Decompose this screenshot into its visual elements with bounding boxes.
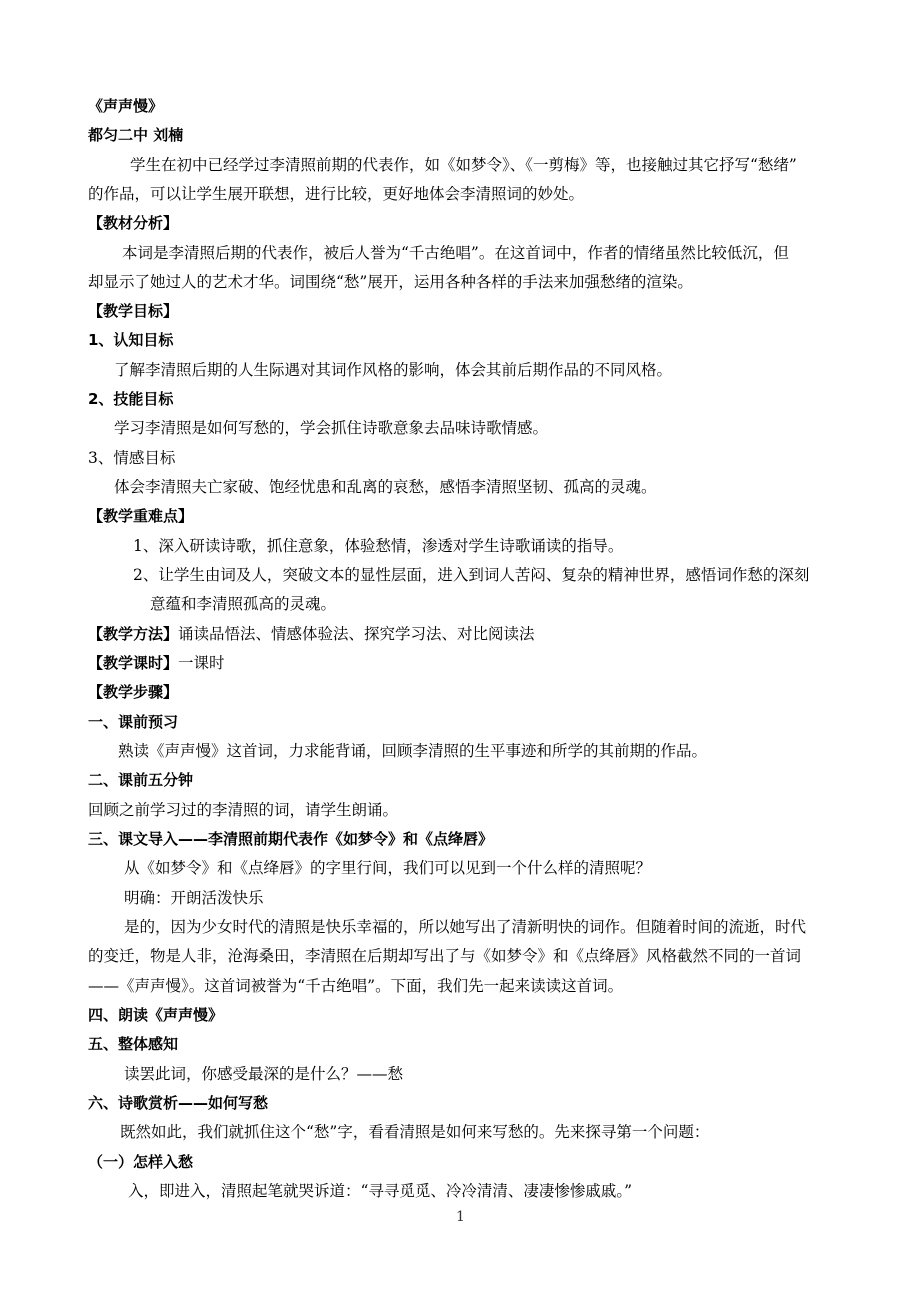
step-4-title: 四、朗读《声声慢》 <box>88 1005 223 1025</box>
heading-steps: 【教学步骤】 <box>88 682 178 702</box>
step-6-title: 六、诗歌赏析——如何写愁 <box>88 1093 268 1113</box>
step-5-line-1: 读罢此词，你感受最深的是什么？——愁 <box>124 1064 403 1084</box>
step-3-line-5: ——《声声慢》。这首词被誉为“千古绝唱”。下面，我们先一起来读读这首词。 <box>88 976 623 996</box>
class-hours-text: 一课时 <box>178 654 225 672</box>
step-3-line-4: 的变迁，物是人非，沧海桑田，李清照在后期却写出了与《如梦令》和《点绛唇》风格截然… <box>88 946 801 966</box>
key-point-1: 1、深入研读诗歌，抓住意象，体验愁情，渗透对学生诗歌诵读的指导。 <box>133 536 623 556</box>
heading-key-points: 【教学重难点】 <box>88 506 193 526</box>
heading-class-hours: 【教学课时】 <box>88 654 178 672</box>
document-title: 《声声慢》 <box>88 96 163 116</box>
step-5-title: 五、整体感知 <box>88 1034 178 1054</box>
analysis-line-1: 本词是李清照后期的代表作，被后人誉为“千古绝唱”。在这首词中，作者的情绪虽然比较… <box>122 243 789 263</box>
intro-line-1: 学生在初中已经学过李清照前期的代表作，如《如梦令》、《一剪梅》等，也接触过其它抒… <box>130 155 797 175</box>
step-3-line-2: 明确：开朗活泼快乐 <box>124 888 264 908</box>
document-page: 《声声慢》 都匀二中 刘楠 学生在初中已经学过李清照前期的代表作，如《如梦令》、… <box>0 0 920 1302</box>
heading-methods: 【教学方法】 <box>88 625 178 643</box>
step-3-line-3: 是的，因为少女时代的清照是快乐幸福的，所以她写出了清新明快的词作。但随着时间的流… <box>124 917 806 937</box>
step-1-line-1: 熟读《声声慢》这首词，力求能背诵，回顾李清照的生平事迹和所学的其前期的作品。 <box>118 741 707 761</box>
key-point-2-cont: 意蕴和李清照孤高的灵魂。 <box>150 594 336 614</box>
key-point-2: 2、让学生由词及人，突破文本的显性层面，进入到词人苦闷、复杂的精神世界，感悟词作… <box>133 565 809 585</box>
goal-3-title: 3、情感目标 <box>88 448 175 468</box>
page-number: 1 <box>456 1208 465 1226</box>
goal-3-text: 体会李清照夫亡家破、饱经忧患和乱离的哀愁，感悟李清照坚韧、孤高的灵魂。 <box>114 477 657 497</box>
step-3-line-1: 从《如梦令》和《点绛唇》的字里行间，我们可以见到一个什么样的清照呢？ <box>124 858 651 878</box>
intro-line-2: 的作品，可以让学生展开联想，进行比较，更好地体会李清照词的妙处。 <box>88 184 584 204</box>
methods-text: 诵读品悟法、情感体验法、探究学习法、对比阅读法 <box>178 625 535 643</box>
step-6-1-title: （一）怎样入愁 <box>88 1152 193 1172</box>
class-hours-line: 【教学课时】一课时 <box>88 653 225 673</box>
goal-2-text: 学习李清照是如何写愁的，学会抓住诗歌意象去品味诗歌情感。 <box>114 418 548 438</box>
step-6-line-1: 既然如此，我们就抓住这个“愁”字，看看清照是如何来写愁的。先来探寻第一个问题： <box>120 1122 709 1142</box>
goal-2-title: 2、技能目标 <box>88 389 173 409</box>
step-2-line-1: 回顾之前学习过的李清照的词，请学生朗诵。 <box>88 800 398 820</box>
heading-goals: 【教学目标】 <box>88 301 178 321</box>
methods-line: 【教学方法】诵读品悟法、情感体验法、探究学习法、对比阅读法 <box>88 624 535 644</box>
author-line: 都匀二中 刘楠 <box>88 125 183 145</box>
step-3-title: 三、课文导入——李清照前期代表作《如梦令》和《点绛唇》 <box>88 829 493 849</box>
step-2-title: 二、课前五分钟 <box>88 770 193 790</box>
heading-textbook-analysis: 【教材分析】 <box>88 213 178 233</box>
goal-1-title: 1、认知目标 <box>88 330 173 350</box>
goal-1-text: 了解李清照后期的人生际遇对其词作风格的影响，体会其前后期作品的不同风格。 <box>114 360 672 380</box>
step-6-1-line-1: 入，即进入，清照起笔就哭诉道：“寻寻觅觅、冷冷清清、凄凄惨惨戚戚。” <box>128 1181 632 1201</box>
analysis-line-2: 却显示了她过人的艺术才华。词围绕“愁”展开，运用各种各样的手法来加强愁绪的渲染。 <box>88 272 693 292</box>
step-1-title: 一、课前预习 <box>88 712 178 732</box>
